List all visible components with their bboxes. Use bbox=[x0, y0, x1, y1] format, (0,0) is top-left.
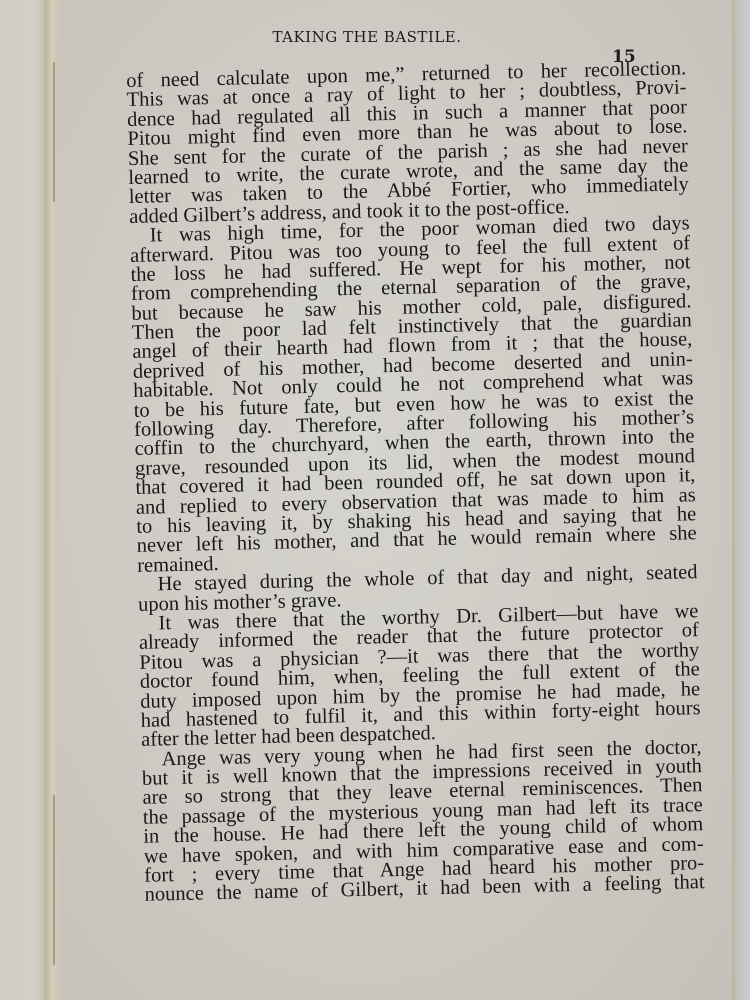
facing-page-edge bbox=[0, 0, 48, 1000]
binding-thread bbox=[53, 62, 55, 202]
paragraph: of need calculate upon me,” returned to … bbox=[126, 59, 689, 227]
paragraph: Ange was very young when he had first se… bbox=[141, 738, 704, 906]
paragraph: It was high time, for the poor woman die… bbox=[130, 214, 698, 576]
running-head: TAKING THE BASTILE. bbox=[0, 28, 750, 46]
paragraph: It was there that the worthy Dr. Gilbert… bbox=[138, 602, 701, 750]
binding-thread bbox=[53, 795, 55, 965]
body-text: of need calculate upon me,” returned to … bbox=[126, 59, 705, 905]
running-head-text: TAKING THE BASTILE. bbox=[272, 28, 461, 46]
